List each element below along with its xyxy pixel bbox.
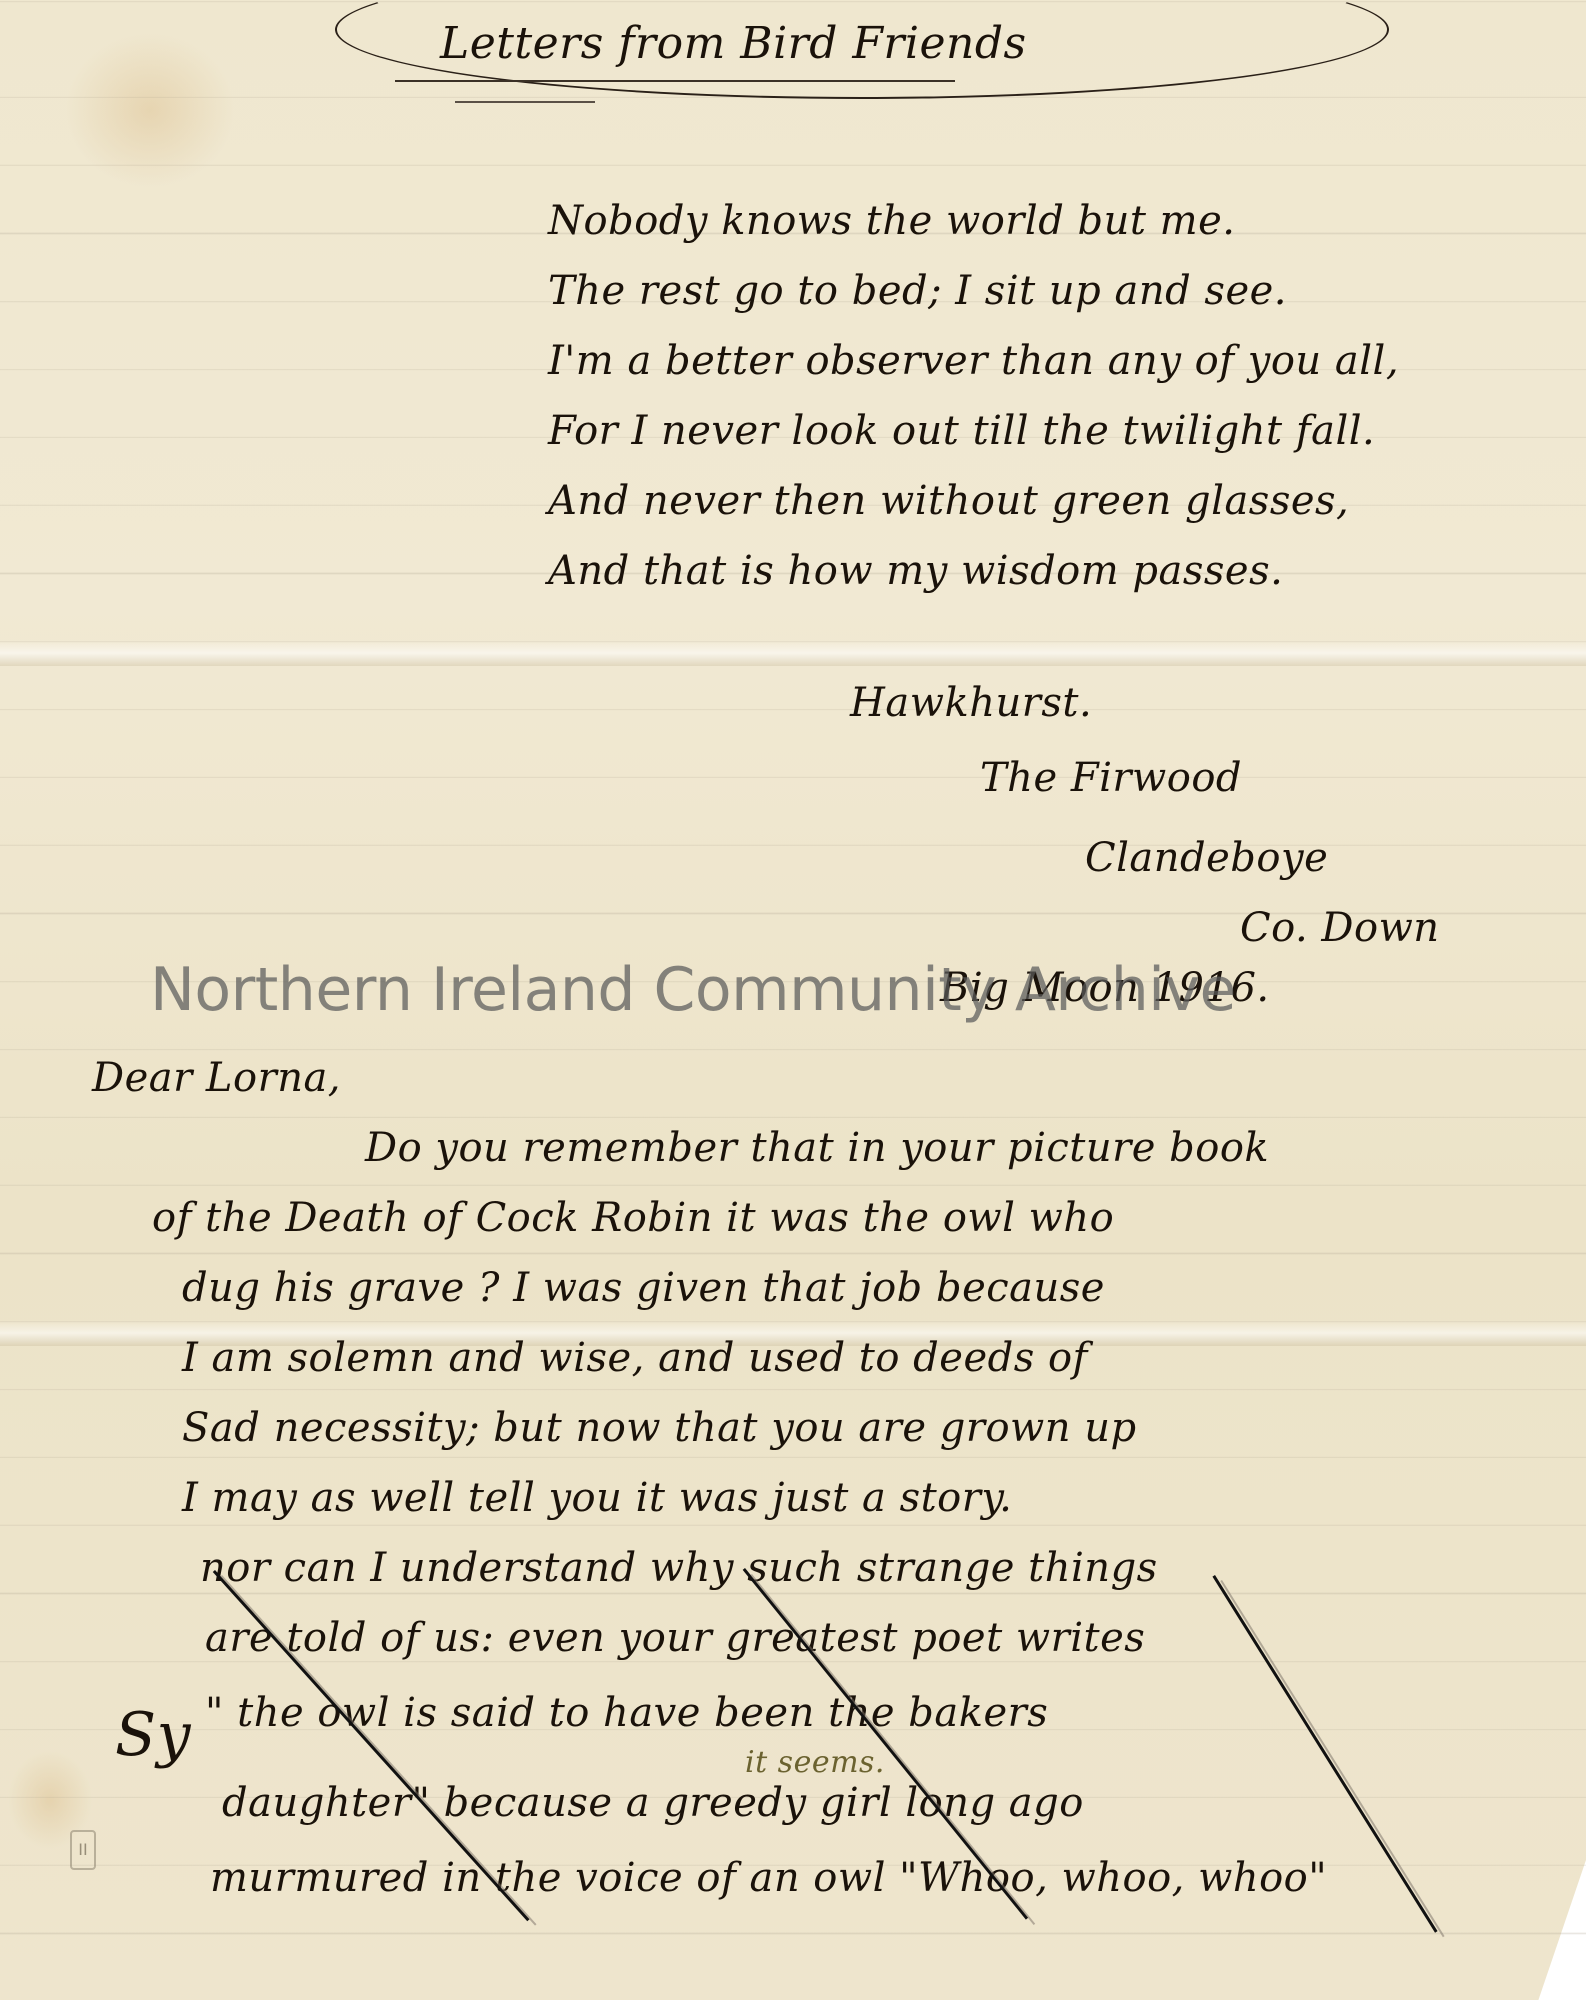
address-line: The Firwood bbox=[980, 755, 1242, 801]
poem-line: The rest go to bed; I sit up and see. bbox=[548, 268, 1287, 314]
poem-line: I'm a better observer than any of you al… bbox=[548, 338, 1399, 384]
salutation: Dear Lorna, bbox=[92, 1055, 341, 1101]
archive-watermark: Northern Ireland Community Archive bbox=[150, 955, 1236, 1025]
body-line: are told of us: even your greatest poet … bbox=[205, 1615, 1145, 1661]
poem-line: And that is how my wisdom passes. bbox=[548, 548, 1283, 594]
poem-line: Nobody knows the world but me. bbox=[548, 198, 1236, 244]
body-line: murmured in the voice of an owl "Whoo, w… bbox=[210, 1855, 1327, 1901]
document-title: Letters from Bird Friends bbox=[440, 18, 1027, 69]
address-line: Hawkhurst. bbox=[850, 680, 1092, 726]
margin-mark: Sy bbox=[115, 1700, 191, 1770]
body-line: I may as well tell you it was just a sto… bbox=[182, 1475, 1012, 1521]
poem-line: For I never look out till the twilight f… bbox=[548, 408, 1375, 454]
address-line: Co. Down bbox=[1240, 905, 1440, 951]
title-underline bbox=[455, 101, 595, 103]
page-marker: II bbox=[70, 1830, 96, 1870]
body-line: dug his grave ? I was given that job bec… bbox=[182, 1265, 1105, 1311]
body-line: Do you remember that in your picture boo… bbox=[365, 1125, 1269, 1171]
address-line: Clandeboye bbox=[1085, 835, 1328, 881]
body-line: daughter" because a greedy girl long ago bbox=[222, 1780, 1084, 1826]
body-line: of the Death of Cock Robin it was the ow… bbox=[152, 1195, 1114, 1241]
paper-fold bbox=[0, 640, 1586, 666]
body-line: nor can I understand why such strange th… bbox=[200, 1545, 1158, 1591]
title-underline bbox=[395, 80, 955, 82]
poem-line: And never then without green glasses, bbox=[548, 478, 1349, 524]
body-line: Sad necessity; but now that you are grow… bbox=[182, 1405, 1137, 1451]
inserted-text: it seems. bbox=[745, 1745, 885, 1780]
body-line: I am solemn and wise, and used to deeds … bbox=[182, 1335, 1088, 1381]
